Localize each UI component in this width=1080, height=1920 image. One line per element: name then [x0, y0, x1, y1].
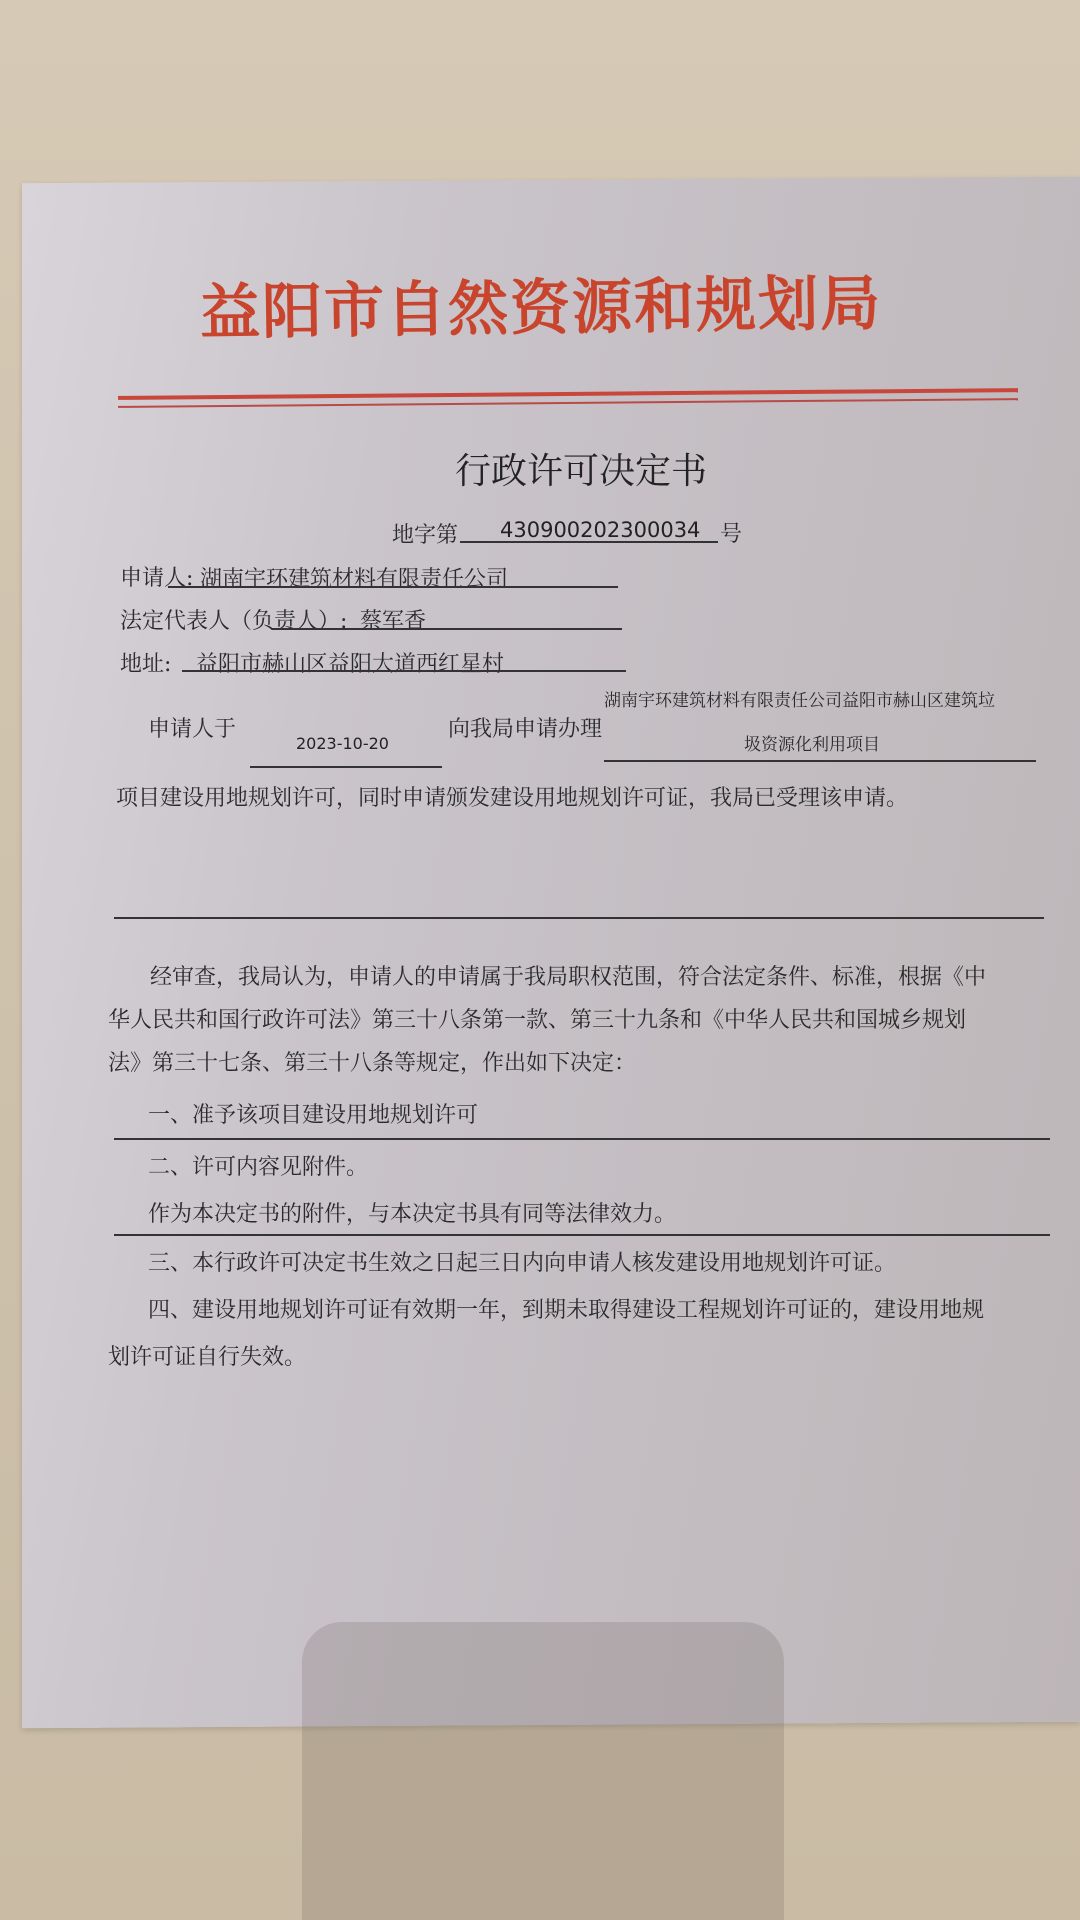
decision-1-underline: [114, 1138, 1050, 1140]
decision-item-3: 三、本行政许可决定书生效之日起三日内向申请人核发建设用地规划许可证。: [148, 1246, 896, 1277]
application-date: 2023-10-20: [296, 734, 389, 753]
project-name-underline: [604, 760, 1036, 762]
doc-number-suffix: 号: [720, 517, 742, 548]
applicant-underline: [168, 586, 618, 588]
application-middle: 向我局申请办理: [448, 712, 602, 743]
doc-number-value: 430900202300034: [500, 518, 700, 542]
review-line2: 华人民共和国行政许可法》第三十八条第一款、第三十九条和《中华人民共和国城乡规划: [108, 1003, 966, 1034]
decision-item-2-note: 作为本决定书的附件，与本决定书具有同等法律效力。: [148, 1197, 676, 1228]
document-title: 行政许可决定书: [455, 443, 707, 494]
legal-rep-underline: [272, 628, 622, 630]
review-line3: 法》第三十七条、第三十八条等规定，作出如下决定：: [108, 1046, 636, 1077]
doc-number-prefix: 地字第: [392, 518, 458, 549]
decision-item-4-line1: 四、建设用地规划许可证有效期一年，到期未取得建设工程规划许可证的，建设用地规: [148, 1293, 984, 1324]
application-prefix: 申请人于: [148, 712, 236, 743]
applicant-value: 湖南宇环建筑材料有限责任公司: [200, 562, 508, 593]
address-value: 益阳市赫山区益阳大道西红星村: [196, 647, 504, 678]
doc-number-underline: [460, 541, 718, 543]
project-name-line1: 湖南宇环建筑材料有限责任公司益阳市赫山区建筑垃: [604, 686, 995, 711]
decision-item-2: 二、许可内容见附件。: [148, 1150, 368, 1181]
decision-item-1: 一、准予该项目建设用地规划许可: [148, 1098, 478, 1129]
application-date-underline: [250, 766, 442, 768]
org-header: 益阳市自然资源和规划局: [199, 255, 960, 352]
section-divider: [114, 917, 1044, 919]
finger-shadow: [302, 1622, 784, 1920]
header-rule-thin: [118, 398, 1018, 408]
decision-item-4-line2: 划许可证自行失效。: [108, 1340, 306, 1371]
legal-rep-value: 蔡军香: [360, 604, 426, 635]
review-line1: 经审查，我局认为，申请人的申请属于我局职权范围，符合法定条件、标准，根据《中: [150, 960, 986, 991]
header-rule-thick: [118, 388, 1018, 400]
address-label: 地址:: [120, 647, 171, 678]
application-continuation: 项目建设用地规划许可，同时申请颁发建设用地规划许可证，我局已受理该申请。: [116, 781, 908, 812]
legal-rep-label: 法定代表人（负责人）:: [120, 604, 347, 635]
project-name-line2: 圾资源化利用项目: [744, 730, 880, 755]
address-underline: [182, 670, 626, 672]
decision-2-underline: [114, 1234, 1050, 1236]
